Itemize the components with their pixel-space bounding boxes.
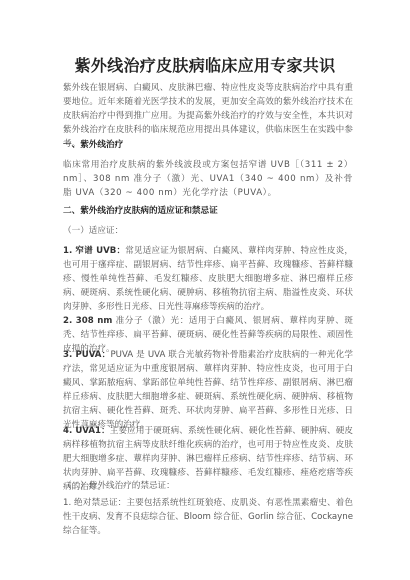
section-heading-uv-therapy: 一、紫外线治疗 <box>63 138 353 152</box>
item-lead: 2. 308 nm <box>63 316 112 326</box>
subheading-indications: （一）适应证： <box>63 224 353 238</box>
indication-item-nbuvb: 1. 窄谱 UVB：常见适应证为银屑病、白癜风、蕈样肉芽肿、特应性皮炎，也可用于… <box>63 244 353 314</box>
item-lead: 1. 窄谱 UVB： <box>63 246 125 256</box>
document-page: 紫外线治疗皮肤病临床应用专家共识 紫外线在银屑病、白癜风、皮肤淋巴瘤、特应性皮炎… <box>0 0 410 580</box>
subheading-contraindications: （二）紫外线治疗的禁忌证： <box>63 479 353 493</box>
item-lead: 1. 绝对禁忌证： <box>63 498 126 508</box>
item-lead: 4. UVA1： <box>63 426 110 436</box>
item-text: PUVA 是 UVA 联合光敏药物补骨脂素治疗皮肤病的一种光化学疗法，常见适应证… <box>63 350 353 430</box>
document-title: 紫外线治疗皮肤病临床应用专家共识 <box>0 53 410 76</box>
section-heading-indications-contraindications: 二、紫外线治疗皮肤病的适应证和禁忌证 <box>63 204 353 218</box>
indication-item-puva: 3. PUVA：PUVA 是 UVA 联合光敏药物补骨脂素治疗皮肤病的一种光化学… <box>63 348 353 432</box>
item-lead: 3. PUVA： <box>63 350 110 360</box>
uv-therapy-paragraph: 临床常用治疗皮肤病的紫外线波段或方案包括窄谱 UVB［（311 ± 2）nm］、… <box>63 158 353 200</box>
contraindication-item-absolute: 1. 绝对禁忌证：主要包括系统性红斑狼疮、皮肌炎、有恶性黑素瘤史、着色性干皮病、… <box>63 496 353 538</box>
